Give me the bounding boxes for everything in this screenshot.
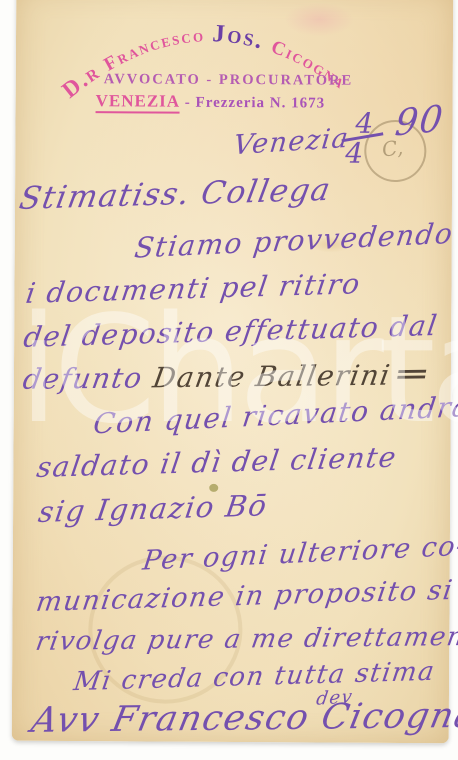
deceased-name: Dante Ballerini <box>151 358 404 394</box>
letterhead-address-line: VENEZIA - Frezzeria N. 1673 <box>96 91 326 112</box>
date-year: 90 <box>393 98 446 144</box>
letterhead-profession: AVVOCATO - PROCURATORE <box>104 71 354 90</box>
date-day: 4 <box>355 107 375 140</box>
body-line-1: Stiamo provvedendo <box>133 217 456 265</box>
body-line-6: saldato il dì del cliente <box>35 440 400 484</box>
date-month: 4 <box>345 137 365 170</box>
scanned-letter-page: { "card": { "watermark_text": "iCharta",… <box>0 0 458 760</box>
letterhead-address: - Frezzeria N. 1673 <box>185 95 325 112</box>
body-line-8: Per ogni ulteriore co- <box>141 530 458 576</box>
body-line-10: rivolga pure a me direttamente <box>33 622 458 657</box>
body-line-2: i documenti pel ritiro <box>24 267 363 310</box>
greeting-line: Stimatiss. Collega <box>17 172 335 217</box>
letterhead-city: VENEZIA <box>96 91 181 114</box>
body-line-9: municazione in proposito si <box>34 575 455 618</box>
postcard-paper: D.r Francesco Jos. Cicogna AVVOCATO - PR… <box>12 0 454 743</box>
body-line-4-word: defunto <box>21 361 156 396</box>
equals-mark: = <box>391 359 436 390</box>
dateline-city: Venezia <box>232 123 351 162</box>
letterhead-middle-name: Jos. <box>212 20 277 57</box>
body-line-7: sig Ignazio Bō <box>36 488 270 529</box>
body-line-4: defunto Dante Ballerini = <box>21 358 428 396</box>
signature-line: Avv Francesco Cicogna <box>28 696 458 741</box>
body-line-5: Con quel ricavato andrà <box>91 390 458 441</box>
body-line-3: del deposito effettuato dal <box>21 309 440 354</box>
letterhead-first-name: Francesco <box>100 25 212 77</box>
